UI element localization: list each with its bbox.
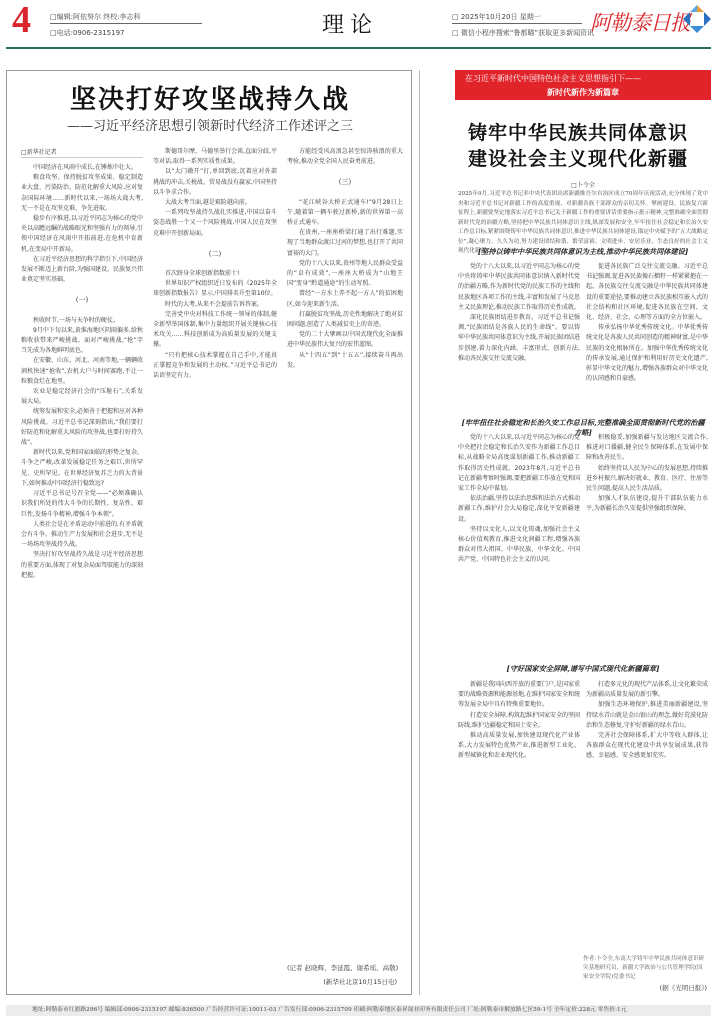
page-number: 4 (12, 2, 31, 38)
paragraph: 习近平总书记号召全党——“必须准确认识我们所处的伟大斗争的长期性、复杂性、艰巨性… (21, 489, 143, 520)
paragraph: 完善党中央对科技工作统一领导的体制,健全新型举国体制,集中力量组织开展关键核心技… (153, 310, 277, 351)
paragraph: 从“十四五”到“十五五”,接续奋斗再出发。 (287, 351, 403, 371)
article-dateline: (新华社北京10月15日电) (323, 977, 397, 986)
paragraph: 打造多元化的现代产品体系,让文化繁荣成为新疆高质量发展的新引擎。 (586, 680, 708, 700)
paragraph: 传承弘扬中华优秀传统文化。中华优秀传统文化是各族人民共同创造的精神财富,是中华民… (586, 323, 708, 384)
paragraph: 中国经济在风雨中成长,在锤炼中壮大。 (21, 163, 143, 173)
date-line: □ 2025年10月20日 星期一 (452, 12, 541, 22)
section-mark: (二) (153, 249, 277, 259)
paragraph: 农业是稳定经济社会的“压舱石”,关系发展大局。 (21, 387, 143, 407)
left-article: 坚决打好攻坚战持久战 ——习近平经济思想引领新时代经济工作述评之三 □新华社记者… (6, 70, 412, 995)
paragraph: 依法治疆,坚持以法治思维和法治方式推动新疆工作,维护社会大局稳定,深化平安新疆建… (458, 494, 580, 525)
footer-imprint: 地址:阿勒泰市红旗路296号 编辑部:0906-2315197 邮编:83650… (6, 1005, 711, 1016)
right-column-a1: 党的十八大以来,以习近平同志为核心的党中央将铸牢中华民族共同体意识纳入新时代党的… (458, 262, 580, 414)
paragraph: “花江峡谷大桥正式通车!”9月28日上午,随着第一辆车驶过新桥,新的世界第一高桥… (287, 198, 403, 229)
headline-line-2: 建设社会主义现代化新疆 (468, 146, 688, 172)
paragraph: 始终坚持以人民为中心的发展思想,持续推进乡村振兴,解决好就业、教育、医疗、住房等… (586, 464, 708, 495)
paragraph: 大战大考当面,越是艰险越向前。 (153, 198, 277, 208)
article-column-3: 方能经受风高浪急甚至惊涛骇浪的重大考验,推动全党全国人民奋勇前进。 (三) “花… (287, 147, 403, 937)
article-byline: □新华社记者 (21, 147, 57, 156)
paragraph: 打赢脱贫攻坚战,历史性地解决了绝对贫困问题,创造了人类减贫史上的奇迹。 (287, 310, 403, 330)
paragraph: 党的二十大擘画以中国式现代化全面推进中华民族伟大复兴的宏伟蓝图。 (287, 330, 403, 350)
paragraph: 促进各民族广泛交往交流交融。习近平总书记强调,促进各民族像石榴籽一样紧紧抱在一起… (586, 262, 708, 323)
header-rule (6, 47, 711, 49)
paragraph: 世界知识产权组织近日发布的《2025年全球创新指数报告》显示,中国排名升至第10… (153, 279, 277, 299)
section-mark: (三) (287, 177, 403, 187)
author-note: 作者:卜令全,东南大学铸牢中华民族共同体意识研究基地研究员、新疆大学政治与公共管… (583, 955, 708, 982)
article-subheadline: ——习近平经济思想引领新时代经济工作述评之三 (7, 115, 413, 134)
paragraph: 坚决打好攻坚战持久战是习近平经济思想的重要方面,体现了对复杂局面驾驭能力的深刻把… (21, 550, 143, 581)
paragraph: 人类社会是在矛盾运动中前进的,有矛盾就会有斗争。推动生产力发展和社会进步,无不是… (21, 520, 143, 551)
divider (50, 23, 202, 24)
right-headline: 铸牢中华民族共同体意识 建设社会主义现代化新疆 (468, 120, 688, 172)
paragraph: 深化民族团结进步教育。习近平总书记强调,“民族团结是各族人民的生命线”。要以铸牢… (458, 313, 580, 364)
banner-line-1: 在习近平新时代中国特色社会主义思想指引下—— (465, 73, 641, 84)
paragraph: 推动高质量发展,加快建设现代化产业体系,大力发展特色优势产业,推进新型工业化、新… (458, 731, 580, 762)
divider (21, 157, 143, 158)
paragraph: 坚持以文化人,以文化铸魂,加强社会主义核心价值观教育,推进文化润疆工程,增强各族… (458, 525, 580, 566)
paragraph: 在安徽、山东、河北、河南等地,一辆辆收割机快速“抢收”,农机大户与时间赛跑,不让… (21, 356, 143, 387)
paragraph: 稳步有序推进,以习近平同志为核心的党中央以高瞻远瞩的战略眼光和坚强有力的领导,引… (21, 214, 143, 255)
section-mark: (一) (21, 295, 143, 305)
paragraph: 新疆是我国向西开放的重要门户,是国家重要的战略资源和能源基地,在维护国家安全和统… (458, 680, 580, 711)
paragraph: 加强生态环境保护,推进美丽新疆建设,坚持绿水青山就是金山银山的理念,做好荒漠化防… (586, 700, 708, 731)
paragraph: 党的十八大以来,贵州等地人民群众受益的“卓有成效”,一座座大桥成为“山地王国”变… (287, 259, 403, 290)
section-subhead-1: [坚持以铸牢中华民族共同体意识为主线,推动中华民族共同体建设] (458, 247, 708, 257)
paragraph: 秋收时节,一场与天争时的硬仗。 (21, 316, 143, 326)
paragraph: 粮食攻坚、保持脱贫攻坚成果、稳定制造业大盘、污染防治、防范化解重大风险,应对复杂… (21, 173, 143, 214)
paragraph: 统筹发展和安全,必须善于把握和应对各种风险挑战。习近平总书记深刻指出,“我们要打… (21, 407, 143, 448)
series-banner: 在习近平新时代中国特色社会主义思想指引下—— 新时代新作为新篇章 (455, 70, 711, 100)
article-column-1: 中国经济在风雨中成长,在锤炼中壮大。 粮食攻坚、保持脱贫攻坚成果、稳定制造业大盘… (21, 163, 143, 983)
paragraph: 新时代以来,党和国家面临的形势之复杂、斗争之严峻,改革发展稳定任务之艰巨,世所罕… (21, 448, 143, 489)
right-byline: □卜令全 (455, 180, 711, 189)
paragraph: 一系列攻坚战持久战扎实推进,中国以奋斗姿态战胜一个又一个风险挑战,中国人民在攻坚… (153, 208, 277, 239)
paragraph: 方能经受风高浪急甚至惊涛骇浪的重大考验,推动全党全国人民奋勇前进。 (287, 147, 403, 167)
article-column-2: 斯德哥尔摩、马德里举行会谈,直面分歧,平等对话,取得一系列实质性成果。 以“大门… (153, 147, 277, 983)
right-column-c1: 新疆是我国向西开放的重要门户,是国家重要的战略资源和能源基地,在维护国家安全和统… (458, 680, 580, 990)
masthead: 4 □编辑:阿依努尔 终校:李志科 □电话:0906-2315197 理论 □ … (0, 0, 717, 40)
phone-line: □电话:0906-2315197 (50, 28, 125, 38)
newspaper-logo-icon (682, 4, 712, 34)
paragraph: 在贵州,一座座桥梁打通了出行难题,实现了当地群众渡江过河的梦想,也打开了共同富裕… (287, 228, 403, 259)
paragraph: 完善社会保障体系,扩大中等收入群体,让各族群众在现代化建设中共享发展成果,获得感… (586, 731, 708, 762)
paragraph: 斯德哥尔摩、马德里举行会谈,直面分歧,平等对话,取得一系列实质性成果。 (153, 147, 277, 167)
wechat-line: □ 微信小程序搜索“鲁都瞄”获取更多新闻资讯 (452, 28, 594, 38)
paragraph: 党的十八大以来,以习近平同志为核心的党中央将铸牢中华民族共同体意识纳入新时代党的… (458, 262, 580, 313)
column-divider (419, 70, 420, 995)
paragraph: 积极稳妥,加强新疆与发达地区交流合作,推进对口援疆,健全民生保障体系,在发展中保… (586, 433, 708, 464)
paragraph: 曾经“一方水土养不起一方人”的贫困地区,如今迎来新生活。 (287, 289, 403, 309)
paragraph: 在习近平经济思想的科学指引下,中国经济发展不断迈上新台阶,为强国建设、民族复兴伟… (21, 255, 143, 286)
paragraph: 以“大门敞开”打,单回到底,沉着应对外部挑战的冲击,关税战、贸易战没有赢家,中国… (153, 167, 277, 198)
editor-line: □编辑:阿依努尔 终校:李志科 (50, 12, 141, 22)
paragraph: 党的十八大以来,以习近平同志为核心的党中央把社会稳定和长治久安作为新疆工作总目标… (458, 433, 580, 494)
right-column-c2: 打造多元化的现代产品体系,让文化繁荣成为新疆高质量发展的新引擎。 加强生态环境保… (586, 680, 708, 952)
right-column-b1: 党的十八大以来,以习近平同志为核心的党中央把社会稳定和长治久安作为新疆工作总目标… (458, 433, 580, 655)
headline-line-1: 铸牢中华民族共同体意识 (468, 120, 688, 146)
paragraph: 9月中下旬以来,黄淮海地区阴雨偏多,给秋粮收获带来严峻挑战。面对严峻挑战,“抢”… (21, 326, 143, 357)
paragraph: 打造安全屏障,构筑起维护国家安全的坚固防线,维护边疆稳定和国土安全。 (458, 711, 580, 731)
paragraph: 时代的大考,从来不会提前告诉答案。 (153, 300, 277, 310)
paragraph: 加强人才队伍建设,提升干部队伍能力水平,为新疆长治久安提供坚强组织保障。 (586, 494, 708, 514)
banner-line-2: 新时代新作为新篇章 (455, 87, 711, 98)
paragraph: 首次跻身全球创新指数前十! (153, 269, 277, 279)
divider (452, 23, 582, 24)
section-title: 理论 (322, 8, 378, 39)
article-reporters: (记者 赵晓辉、李延霞、谢希瑶、高敬) (287, 963, 398, 972)
right-column-a2: 促进各民族广泛交往交流交融。习近平总书记强调,促进各民族像石榴籽一样紧紧抱在一起… (586, 262, 708, 414)
newspaper-brand: 阿勒泰日报 (590, 7, 690, 37)
right-column-b2: 积极稳妥,加强新疆与发达地区交流合作,推进对口援疆,健全民生保障体系,在发展中保… (586, 433, 708, 655)
paragraph: “只有把核心技术掌握在自己手中,才能真正掌握竞争和发展的主动权。”习近平总书记的… (153, 351, 277, 382)
section-subhead-3: [守好国家安全屏障,谱写中国式现代化新疆篇章] (458, 664, 708, 674)
article-headline: 坚决打好攻坚战持久战 (7, 79, 413, 116)
article-source: (据《光明日报》) (660, 983, 707, 992)
